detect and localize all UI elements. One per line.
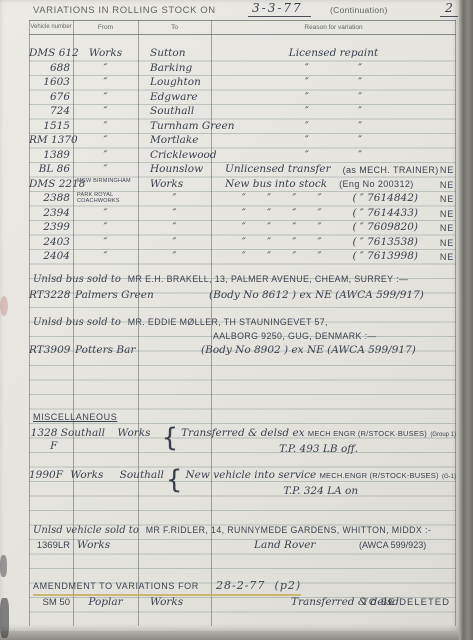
note-address: MR E.H. BRAKELL, 13, PALMER AVENUE, CHEA… <box>128 274 408 284</box>
reason-handwritten: Transferred & delsd ex <box>181 427 304 439</box>
vehicle-cell: 1369LR <box>29 539 73 553</box>
from-cell: Works <box>66 469 108 498</box>
table-row: DMS 612 Works Sutton Licensed repaint <box>29 47 456 61</box>
sale-note-ridler: Unlsd vehicle sold to MR F.RIDLER, 14, R… <box>33 525 431 536</box>
reason-parenthetical: ( ″ 7613538) <box>352 236 418 250</box>
from-cell: Poplar <box>73 596 138 610</box>
to-cell: Mortlake <box>138 134 211 148</box>
ne-flag: NE <box>440 237 454 250</box>
miscellaneous-heading: MISCELLANEOUS <box>33 412 117 422</box>
reference-number: (AWCA 599/923) <box>359 539 426 552</box>
table-row: 2403 ″ ″ ″ ″ ″ ″ ( ″ 7613538) NE <box>29 236 456 250</box>
from-cell: ″ <box>73 221 138 235</box>
from-cell: ″ <box>73 134 138 148</box>
reason-cell: Transferred & delsd TO BE DELETED <box>211 596 456 610</box>
table-row: 2388 PARK ROYAL COACHWORKS ″ ″ ″ ″ ″ ( ″… <box>29 192 456 206</box>
to-cell: Cricklewood <box>138 149 211 163</box>
reason-line-1: New vehicle into service MECH.ENGR (R/ST… <box>185 469 456 484</box>
reason-cell: ″ ″ <box>211 62 456 76</box>
reason-cell: ″ ″ <box>211 76 456 90</box>
vehicle-cell: 1328 F <box>29 427 60 456</box>
misc-row: 1990F Works Southall { New vehicle into … <box>29 469 456 498</box>
from-cell: ″ <box>73 250 138 264</box>
vehicle-cell: RT3228 <box>29 289 73 303</box>
header-bottom-rule <box>29 34 456 35</box>
ne-flag: NE <box>440 164 454 177</box>
table-row: 2404 ″ ″ ″ ″ ″ ″ ( ″ 7613998) NE <box>29 250 456 264</box>
from-cell: ″ <box>73 236 138 250</box>
from-cell: ″ <box>73 207 138 221</box>
amendment-row: SM 50 Poplar Works Transferred & delsd T… <box>29 596 456 610</box>
reason-dittos: ″ ″ ″ ″ <box>211 250 352 264</box>
to-cell: Works <box>105 427 159 456</box>
from-cell: ″ <box>73 163 138 177</box>
reason-text: New bus into stock <box>225 178 327 192</box>
from-cell: Palmers Green <box>73 289 140 303</box>
vehicle-cell: BL 86 <box>29 163 73 177</box>
vehicle-cell: 676 <box>29 91 73 105</box>
vehicle-cell: 2388 <box>29 192 73 206</box>
vehicle-cell: 2399 <box>29 221 73 235</box>
table-header-row: Vehicle number From To Reason for variat… <box>29 20 456 34</box>
to-cell: Works <box>138 178 211 192</box>
to-cell: Turnham Green <box>138 120 211 134</box>
vehicle-cell: DMS 2218 <box>29 178 73 192</box>
reason-dittos: ″ ″ ″ ″ <box>211 236 352 250</box>
reason-caps: MECH.ENGR (R/STOCK-BUSES) <box>320 471 439 480</box>
sale-row-ridler: 1369LR Works Land Rover (AWCA 599/923) <box>29 539 456 553</box>
page-number: 2 <box>440 0 458 17</box>
note-lead: Unlsd bus sold to <box>33 317 121 328</box>
edge-mark <box>0 555 7 577</box>
reason-dittos: ″ ″ ″ ″ <box>211 221 352 235</box>
page-bottom-edge <box>0 631 459 640</box>
vehicle-cell: 1515 <box>29 120 73 134</box>
reason-cell: ″ ″ ″ ″ ( ″ 7613998) NE <box>211 250 456 264</box>
reason-cell: ″ ″ ″ ″ ( ″ 7614433) NE <box>211 207 456 221</box>
edge-mark <box>0 598 9 638</box>
ne-flag: NE <box>440 208 454 221</box>
vehicle-description: Land Rover <box>254 539 315 552</box>
from-cell: ″ <box>73 62 138 76</box>
reason-parenthetical: ( ″ 7613998) <box>352 250 418 264</box>
reason-cell: ″ ″ ″ ″ ( ″ 7614842) NE <box>211 192 456 206</box>
note-address: MR. EDDIE MØLLER, TH STAUNINGEVET 57, <box>128 317 328 327</box>
from-cell: ″ <box>73 120 138 134</box>
header-from: From <box>73 24 138 31</box>
reason-cell: { New vehicle into service MECH.ENGR (R/… <box>164 469 456 498</box>
binding-edge <box>459 0 473 640</box>
vehicle-cell: 1990F <box>29 469 66 498</box>
reason-parenthetical: ( ″ 7609820) <box>352 221 418 235</box>
to-cell: ″ <box>138 192 211 206</box>
to-cell: ″ <box>138 221 211 235</box>
reason-line-2: T.P. 324 LA on <box>185 485 456 498</box>
table-row: 1603 ″ Loughton ″ ″ <box>29 76 456 90</box>
table-row: RM 1370 ″ Mortlake ″ ″ <box>29 134 456 148</box>
continuation-label: (Continuation) <box>330 5 388 15</box>
reason-line-2: T.P. 493 LB off. <box>181 443 456 456</box>
scanned-ledger-page: VARIATIONS IN ROLLING STOCK ON 3-3-77 (C… <box>0 0 473 640</box>
amendment-heading-text: AMENDMENT TO VARIATIONS FOR <box>33 581 199 591</box>
from-cell: MCW BIRMINGHAM <box>73 178 138 192</box>
to-cell: ″ <box>138 250 211 264</box>
reason-cell: Licensed repaint <box>211 47 456 61</box>
reason-cell: ″ ″ <box>211 134 456 148</box>
reason-cell: ″ ″ ″ ″ ( ″ 7613538) NE <box>211 236 456 250</box>
table-row: 2394 ″ ″ ″ ″ ″ ″ ( ″ 7614433) NE <box>29 207 456 221</box>
vehicle-cell: 688 <box>29 62 73 76</box>
reason-text: Unlicensed transfer <box>225 163 331 177</box>
table-row: 676 ″ Edgware ″ ″ <box>29 91 456 105</box>
amendment-heading: AMENDMENT TO VARIATIONS FOR 28-2-77 (p2) <box>33 579 301 596</box>
vehicle-cell: DMS 612 <box>29 47 73 61</box>
to-cell: Works <box>138 596 211 610</box>
to-cell: ″ <box>138 236 211 250</box>
header-vehicle-number: Vehicle number <box>29 24 73 31</box>
sale-detail: (Body No 8612 ) ex NE (AWCA 599/917) <box>209 289 424 302</box>
vehicle-cell: 2403 <box>29 236 73 250</box>
to-cell: Sutton <box>138 47 211 61</box>
header-reason: Reason for variation <box>211 24 456 31</box>
sale-detail: (Body No 8902 ) ex NE (AWCA 599/917) <box>201 344 416 357</box>
ne-flag: NE <box>440 193 454 206</box>
ne-flag: NE <box>440 179 454 192</box>
reason-sub: (Group 1) <box>430 432 456 438</box>
to-cell: Loughton <box>138 76 211 90</box>
header-to: To <box>138 24 211 31</box>
note-lead: Unlsd bus sold to <box>33 274 121 285</box>
from-cell: Works <box>73 539 142 553</box>
misc-row: 1328 F Southall Works { Transferred & de… <box>29 427 456 456</box>
reason-cell: ″ ″ <box>211 91 456 105</box>
reason-caps: MECH ENGR (R/STOCK·BUSES) <box>308 429 427 438</box>
reason-cell: Unlicensed transfer (as MECH. TRAINER) N… <box>211 163 456 177</box>
from-cell: PARK ROYAL COACHWORKS <box>73 192 138 206</box>
reason-line-1: Transferred & delsd ex MECH ENGR (R/STOC… <box>181 427 456 442</box>
sale-row-moller: RT3909 Potters Bar (Body No 8902 ) ex NE… <box>29 344 456 358</box>
page-date: 3-3-77 <box>248 1 311 17</box>
ne-flag: NE <box>440 251 454 264</box>
table-row: 1515 ″ Turnham Green ″ ″ <box>29 120 456 134</box>
reason-parenthetical: (Eng No 200312) <box>339 178 414 191</box>
from-cell: ″ <box>73 91 138 105</box>
note-lead: Unlsd vehicle sold to <box>33 525 139 536</box>
amendment-page-ref: (p2) <box>275 579 302 592</box>
to-cell: Southall <box>138 105 211 119</box>
vehicle-cell: 724 <box>29 105 73 119</box>
vehicle-cell: 1389 <box>29 149 73 163</box>
vehicle-cell: 2394 <box>29 207 73 221</box>
sale-row-brakell: RT3228 Palmers Green (Body No 8612 ) ex … <box>29 289 456 303</box>
from-cell: ″ <box>73 105 138 119</box>
to-cell: Edgware <box>138 91 211 105</box>
from-cell: Works <box>73 47 138 61</box>
from-cell: ″ <box>73 76 138 90</box>
reason-cell: ″ ″ <box>211 149 456 163</box>
reason-parenthetical: ( ″ 7614842) <box>352 192 418 206</box>
brace-glyph: { <box>166 467 183 498</box>
table-row: 724 ″ Southall ″ ″ <box>29 105 456 119</box>
table-row: DMS 2218 MCW BIRMINGHAM Works New bus in… <box>29 178 456 192</box>
to-cell: Barking <box>138 62 211 76</box>
page-title: VARIATIONS IN ROLLING STOCK ON <box>33 5 216 16</box>
vehicle-cell: RT3909 <box>29 344 73 358</box>
reason-dittos: ″ ″ ″ ″ <box>211 192 352 206</box>
reason-handwritten: New vehicle into service <box>185 469 316 481</box>
vehicle-cell: RM 1370 <box>29 134 73 148</box>
from-cell: Southall <box>60 427 105 456</box>
reason-cell: { Transferred & delsd ex MECH ENGR (R/ST… <box>160 427 456 456</box>
reason-sub: (G-1) <box>442 474 456 480</box>
from-cell: ″ <box>73 149 138 163</box>
vehicle-cell: SM 50 <box>29 596 73 610</box>
note-address: MR F.RIDLER, 14, RUNNYMEDE GARDENS, WHIT… <box>146 525 431 535</box>
deleted-note: TO BE DELETED <box>362 596 450 609</box>
table-row: 1389 ″ Cricklewood ″ ″ <box>29 149 456 163</box>
vehicle-cell: 2404 <box>29 250 73 264</box>
reason-parenthetical: ( ″ 7614433) <box>352 207 418 221</box>
amendment-date: 28-2-77 <box>216 579 265 592</box>
sale-note-moller: Unlsd bus sold to MR. EDDIE MØLLER, TH S… <box>33 317 328 328</box>
from-cell: Potters Bar <box>73 344 140 358</box>
table-row: 2399 ″ ″ ″ ″ ″ ″ ( ″ 7609820) NE <box>29 221 456 235</box>
sale-note-moller-line2: AALBORG 9250, GUG, DENMARK :— <box>213 331 377 341</box>
reason-cell: ″ ″ <box>211 120 456 134</box>
ne-flag: NE <box>440 222 454 235</box>
to-cell: Hounslow <box>138 163 211 177</box>
reason-cell: ″ ″ ″ ″ ( ″ 7609820) NE <box>211 221 456 235</box>
to-cell: ″ <box>138 207 211 221</box>
table-row: 688 ″ Barking ″ ″ <box>29 62 456 76</box>
vehicle-cell: 1603 <box>29 76 73 90</box>
brace-glyph: { <box>162 425 179 456</box>
reason-dittos: ″ ″ ″ ″ <box>211 207 352 221</box>
to-cell: Southall <box>108 469 164 498</box>
reason-cell: ″ ″ <box>211 105 456 119</box>
sale-note-brakell: Unlsd bus sold to MR E.H. BRAKELL, 13, P… <box>33 274 408 285</box>
ink-smudge <box>0 296 8 316</box>
table-row: BL 86 ″ Hounslow Unlicensed transfer (as… <box>29 163 456 177</box>
reason-cell: New bus into stock (Eng No 200312) NE <box>211 178 456 192</box>
reason-parenthetical: (as MECH. TRAINER) <box>343 164 439 177</box>
